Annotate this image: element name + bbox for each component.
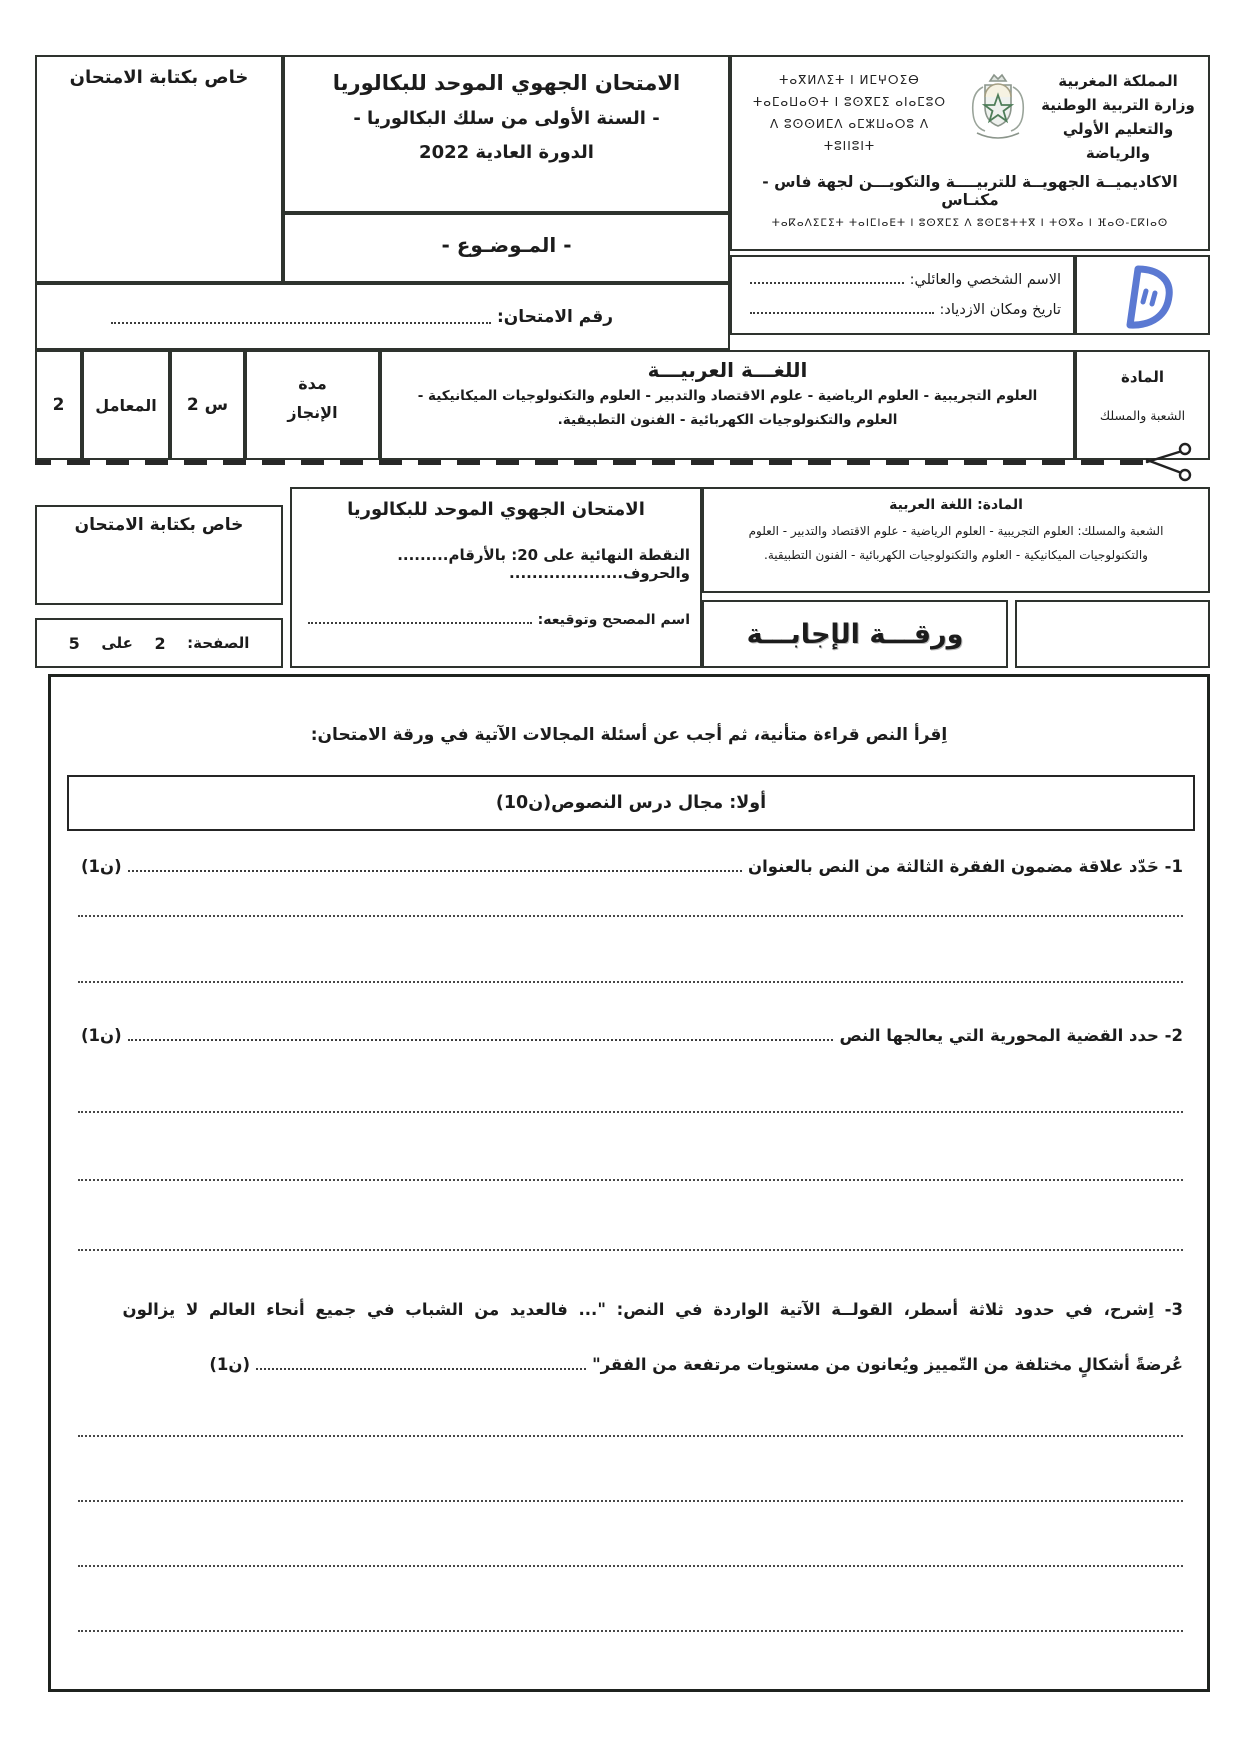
answer-line	[78, 1179, 1183, 1181]
question-2-text: 2- حدد القضية المحورية التي يعالجها النص	[839, 1026, 1183, 1045]
candidate-name-label: الاسم الشخصي والعائلي:	[910, 272, 1061, 288]
section1-title: أولا: مجال درس النصوص	[551, 793, 766, 813]
question-3-dots	[256, 1351, 586, 1370]
document-type-label: - المـوضـوع -	[285, 233, 728, 257]
question-2-dots	[128, 1022, 834, 1041]
coefficient-value: 2	[53, 395, 65, 415]
answer-line	[78, 1435, 1183, 1437]
exam-number-label: رقم الامتحان:	[497, 307, 613, 327]
candidate-name-field	[750, 267, 904, 284]
answer-line	[78, 1500, 1183, 1502]
corrector-signature-field	[308, 608, 532, 624]
answer-exam-title-box: الامتحان الجهوي الموحد للبكالوريا النقطة…	[290, 487, 702, 668]
subject-name: اللغـــة العربيـــة	[382, 358, 1073, 382]
ministry-arabic-block: المملكة المغربية وزارة التربية الوطنية و…	[1038, 69, 1198, 165]
answer-exam-title: الامتحان الجهوي الموحد للبكالوريا	[302, 499, 690, 520]
candidate-birth-field	[750, 298, 934, 315]
duration-value: 2 س	[187, 395, 228, 415]
tifinagh-line1: ⵜⴰⴳⵍⴷⵉⵜ ⵏ ⵍⵎⵖⵔⵉⴱ	[742, 69, 957, 91]
question-2-mark: (1ن)	[81, 1026, 122, 1045]
question-1-text: 1- حَدّد علاقة مضمون الفقرة الثالثة من ا…	[748, 857, 1183, 876]
scissors-icon	[1143, 442, 1195, 482]
answer-writers-only-box: خاص بكتابة الامتحان	[35, 505, 283, 605]
exam-title-box: الامتحان الجهوي الموحد للبكالوريا - السن…	[283, 55, 730, 213]
streams-line2: العلوم والتكنولوجيات الكهربائية - الفنون…	[382, 412, 1073, 428]
document-type-box: - المـوضـوع -	[283, 213, 730, 283]
writers-only-box: خاص بكتابة الامتحان	[35, 55, 283, 283]
subject-label: المادة	[1077, 368, 1208, 386]
branch-label: الشعبة والمسلك	[1077, 408, 1208, 423]
page-number-box: الصفحة: 2 على 5	[35, 618, 283, 668]
coat-of-arms-icon	[959, 71, 1037, 155]
coefficient-label: المعامل	[95, 396, 156, 415]
answer-sheet-title-box: ورقـــة الإجابـــة	[702, 600, 1008, 668]
exam-number-box: رقم الامتحان:	[35, 283, 730, 350]
answer-branches-line1: الشعبة والمسلك: العلوم التجريبية - العلو…	[704, 521, 1208, 541]
answer-writers-only-label: خاص بكتابة الامتحان	[37, 515, 281, 535]
candidate-birth-label: تاريخ ومكان الازدياد:	[940, 302, 1061, 318]
coat-of-arms	[959, 71, 1037, 155]
question-1-mark: (1ن)	[81, 857, 122, 876]
answer-line	[78, 1630, 1183, 1632]
exam-subtitle: - السنة الأولى من سلك البكالوريا -	[285, 108, 728, 129]
writers-only-label: خاص بكتابة الامتحان	[37, 67, 281, 88]
duration-label-cell: مدة الإنجاز	[245, 350, 380, 460]
answer-line	[78, 1249, 1183, 1251]
corrector-label: اسم المصحح وتوقيعه:	[538, 612, 690, 628]
ministry-line1: وزارة التربية الوطنية	[1038, 93, 1198, 117]
answer-line	[78, 1565, 1183, 1567]
coefficient-value-cell: 2	[35, 350, 82, 460]
exam-number-field	[111, 306, 491, 324]
ministry-line2: والتعليم الأولي والرياضة	[1038, 117, 1198, 165]
duration-value-cell: 2 س	[170, 350, 245, 460]
answer-line	[78, 915, 1183, 917]
tifinagh-line2: ⵜⴰⵎⴰⵡⴰⵙⵜ ⵏ ⵓⵙⴳⵎⵉ ⴰⵏⴰⵎⵓⵔ	[742, 91, 957, 113]
streams-cell: اللغـــة العربيـــة العلوم التجريبية - ا…	[380, 350, 1075, 460]
instruction-line: اِقرأ النص قراءة متأنية، ثم أجب عن أسئلة…	[51, 725, 1207, 745]
answer-subject-box: المادة: اللغة العربية الشعبة والمسلك: ال…	[702, 487, 1210, 593]
section1-title-box: أولا: مجال درس النصوص (10ن)	[67, 775, 1195, 831]
page-label: الصفحة:	[187, 634, 249, 652]
exam-session: الدورة العادية 2022	[285, 142, 728, 163]
exam-scan-page: { "colors": { "logo_blue": "#5b79d2", "i…	[0, 0, 1240, 1753]
page-of-word: على	[101, 634, 133, 652]
ministry-box: المملكة المغربية وزارة التربية الوطنية و…	[730, 55, 1210, 251]
blue-d-stamp-icon	[1108, 261, 1178, 333]
answer-sheet-title: ورقـــة الإجابـــة	[747, 619, 964, 650]
candidate-info-box: الاسم الشخصي والعائلي: تاريخ ومكان الازد…	[730, 255, 1075, 335]
question-3-line2: عُرضةً أشكالٍ مختلفة من التّمييز ويُعانو…	[81, 1351, 1183, 1374]
question-3-line1: 3- اِشرح، في حدود ثلاثة أسطر، القولــة ا…	[81, 1295, 1183, 1325]
kingdom-name: المملكة المغربية	[1038, 69, 1198, 93]
question-1-dots	[128, 853, 742, 872]
exam-title: الامتحان الجهوي الموحد للبكالوريا	[285, 71, 728, 95]
question-3-mark: (1ن)	[209, 1355, 250, 1374]
answer-line	[78, 1111, 1183, 1113]
answer-empty-box	[1015, 600, 1210, 668]
question-1: 1- حَدّد علاقة مضمون الفقرة الثالثة من ا…	[81, 853, 1183, 876]
answer-line	[78, 981, 1183, 983]
question-2: 2- حدد القضية المحورية التي يعالجها النص…	[81, 1022, 1183, 1045]
cut-dashed-line	[35, 460, 1143, 465]
coefficient-label-cell: المعامل	[82, 350, 170, 460]
academy-name: الاكاديميــة الجهويــة للتربيــــة والتك…	[732, 173, 1208, 209]
question-3-text2: عُرضةً أشكالٍ مختلفة من التّمييز ويُعانو…	[592, 1355, 1183, 1374]
answer-area-box: اِقرأ النص قراءة متأنية، ثم أجب عن أسئلة…	[48, 674, 1210, 1692]
answer-branches-line2: والتكنولوجيات الميكانيكية - العلوم والتك…	[704, 545, 1208, 565]
duration-label-2: الإنجاز	[247, 403, 378, 422]
duration-label-1: مدة	[247, 374, 378, 393]
streams-line1: العلوم التجريبية - العلوم الرياضية - علو…	[382, 388, 1073, 404]
academy-tifinagh: ⵜⴰⴽⴰⴷⵉⵎⵉⵜ ⵜⴰⵏⵎⵏⴰⴹⵜ ⵏ ⵓⵙⴳⵎⵉ ⴷ ⵓⵙⵎⵓⵜⵜⴳ ⵏ ⵜ…	[732, 217, 1208, 229]
answer-subject-line: المادة: اللغة العربية	[704, 497, 1208, 513]
page-total: 5	[69, 634, 80, 653]
center-stamp-box	[1075, 255, 1210, 335]
tifinagh-line3: ⴷ ⵓⵙⵙⵍⵎⴷ ⴰⵎⵣⵡⴰⵔⵓ ⴷ ⵜⵓⵏⵏⵓⵏⵜ	[742, 113, 957, 157]
ministry-tifinagh-block: ⵜⴰⴳⵍⴷⵉⵜ ⵏ ⵍⵎⵖⵔⵉⴱ ⵜⴰⵎⴰⵡⴰⵙⵜ ⵏ ⵓⵙⴳⵎⵉ ⴰⵏⴰⵎⵓⵔ…	[742, 69, 957, 157]
page-current: 2	[154, 634, 165, 653]
section1-mark: (10ن)	[496, 793, 551, 813]
final-mark-line: النقطة النهائية على 20: بالأرقام........…	[302, 546, 690, 582]
